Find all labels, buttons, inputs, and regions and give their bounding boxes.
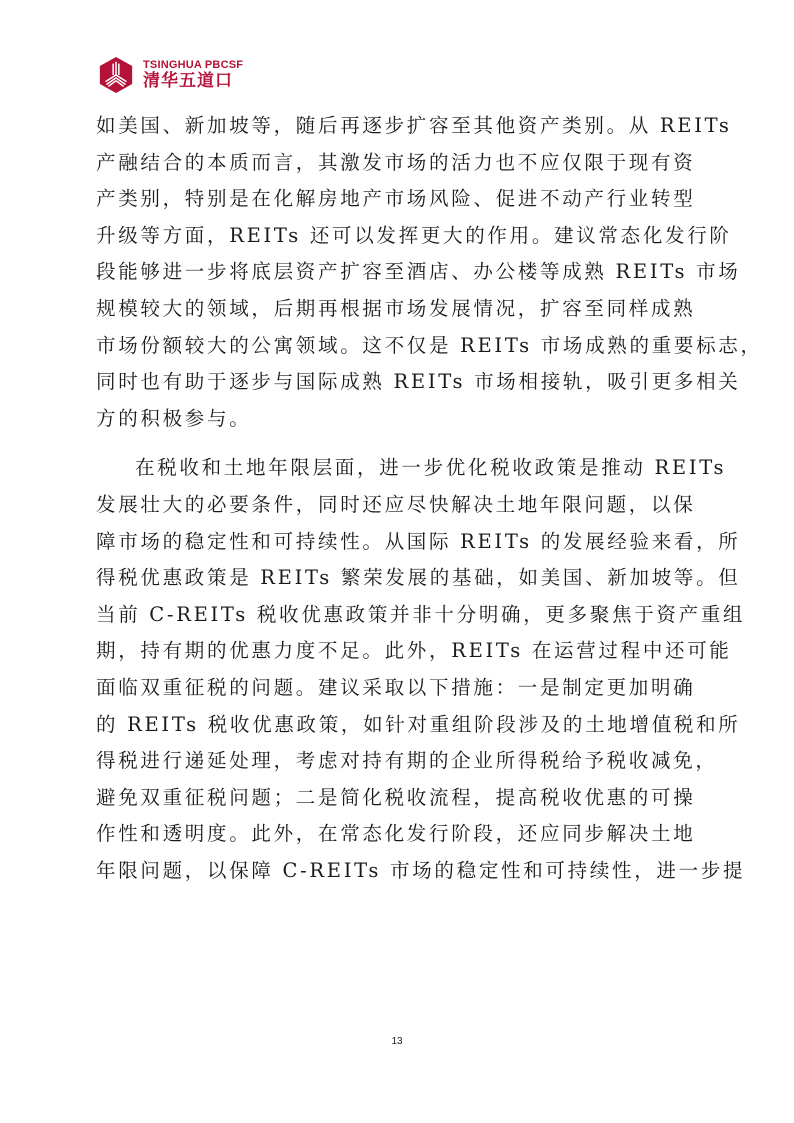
text-line: 期，持有期的优惠力度不足。此外，REITs 在运营过程中还可能 — [96, 633, 694, 670]
text-line: 的 REITs 税收优惠政策，如针对重组阶段涉及的土地增值税和所 — [96, 707, 694, 744]
text-line: 当前 C-REITs 税收优惠政策并非十分明确，更多聚焦于资产重组 — [96, 597, 694, 634]
text-line: 在税收和土地年限层面，进一步优化税收政策是推动 REITs — [96, 450, 694, 487]
text-line: 发展壮大的必要条件，同时还应尽快解决土地年限问题，以保 — [96, 487, 694, 524]
text-line: 同时也有助于逐步与国际成熟 REITs 市场相接轨，吸引更多相关 — [96, 364, 694, 401]
text-line: 市场份额较大的公寓领域。这不仅是 REITs 市场成熟的重要标志， — [96, 328, 694, 365]
logo-chinese-name: 清华五道口 — [143, 73, 243, 90]
logo-english-name: TSINGHUA PBCSF — [143, 60, 243, 71]
text-line: 升级等方面，REITs 还可以发挥更大的作用。建议常态化发行阶 — [96, 218, 694, 255]
logo-text: TSINGHUA PBCSF 清华五道口 — [143, 60, 243, 90]
text-line: 得税进行递延处理，考虑对持有期的企业所得税给予税收减免， — [96, 743, 694, 780]
text-line: 如美国、新加坡等，随后再逐步扩容至其他资产类别。从 REITs — [96, 108, 694, 145]
paragraph-2: 在税收和土地年限层面，进一步优化税收政策是推动 REITs 发展壮大的必要条件，… — [96, 450, 694, 889]
page-number: 13 — [0, 1036, 794, 1047]
text-line: 面临双重征税的问题。建议采取以下措施：一是制定更加明确 — [96, 670, 694, 707]
header-logo: TSINGHUA PBCSF 清华五道口 — [97, 56, 243, 94]
text-line: 方的积极参与。 — [96, 401, 694, 438]
text-line: 作性和透明度。此外，在常态化发行阶段，还应同步解决土地 — [96, 816, 694, 853]
paragraph-1: 如美国、新加坡等，随后再逐步扩容至其他资产类别。从 REITs 产融结合的本质而… — [96, 108, 694, 437]
text-line: 规模较大的领域，后期再根据市场发展情况，扩容至同样成熟 — [96, 291, 694, 328]
text-line: 产融结合的本质而言，其激发市场的活力也不应仅限于现有资 — [96, 145, 694, 182]
document-body: 如美国、新加坡等，随后再逐步扩容至其他资产类别。从 REITs 产融结合的本质而… — [96, 108, 694, 889]
text-line: 年限问题，以保障 C-REITs 市场的稳定性和可持续性，进一步提 — [96, 853, 694, 890]
text-line: 避免双重征税问题；二是简化税收流程，提高税收优惠的可操 — [96, 780, 694, 817]
pbcsf-logo-icon — [97, 56, 135, 94]
text-line: 得税优惠政策是 REITs 繁荣发展的基础，如美国、新加坡等。但 — [96, 560, 694, 597]
text-line: 段能够进一步将底层资产扩容至酒店、办公楼等成熟 REITs 市场 — [96, 254, 694, 291]
text-line: 障市场的稳定性和可持续性。从国际 REITs 的发展经验来看，所 — [96, 524, 694, 561]
paragraph-spacing — [96, 437, 694, 450]
text-line: 产类别，特别是在化解房地产市场风险、促进不动产行业转型 — [96, 181, 694, 218]
